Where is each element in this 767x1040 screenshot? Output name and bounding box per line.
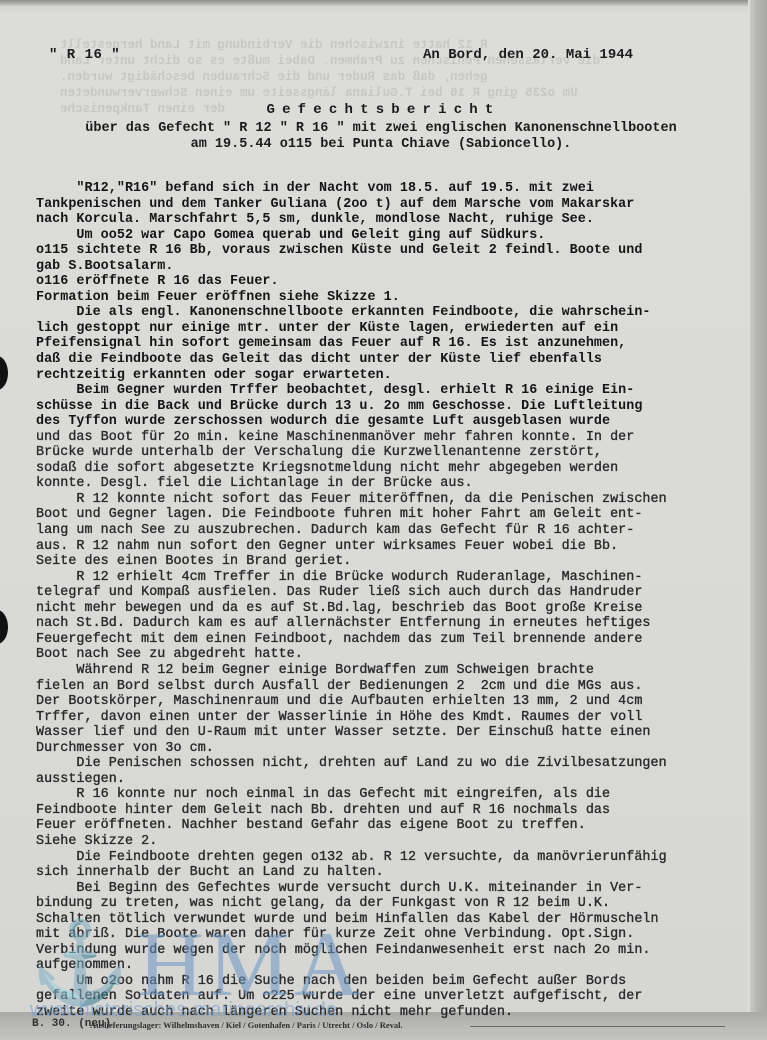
document-page: R 12 hatte inzwischen die Verbindung mit… bbox=[0, 0, 767, 1040]
document-title: Gefechtsbericht bbox=[0, 102, 767, 118]
report-line: Feindboote hinter dem Geleit nach Bb. dr… bbox=[36, 803, 756, 819]
report-line: sich innerhalb der Bucht an Land zu halt… bbox=[36, 865, 756, 881]
watermark-logo: ⚓HMA bbox=[30, 918, 364, 1010]
report-line: des Tyffon wurde zerschossen wodurch die… bbox=[36, 414, 756, 430]
report-line: Trffer, davon einen unter der Wasserlini… bbox=[36, 710, 756, 726]
report-line: Siehe Skizze 2. bbox=[36, 834, 756, 850]
report-line: konnte. Desgl. fiel die Lichtanlage in d… bbox=[36, 476, 756, 492]
report-line: telegraf und Kompaß ausfielen. Das Ruder… bbox=[36, 585, 756, 601]
report-line: R 12 konnte nicht sofort das Feuer miter… bbox=[36, 492, 756, 508]
report-line: Formation beim Feuer eröffnen siehe Skiz… bbox=[36, 290, 756, 306]
report-line: Boot und Gegner lagen. Die Feindboote fu… bbox=[36, 507, 756, 523]
report-line: aus. R 12 nahm nun sofort den Gegner unt… bbox=[36, 539, 756, 555]
place-and-date: An Bord, den 20. Mai 1944 bbox=[423, 47, 633, 63]
report-line: o115 sichtete R 16 Bb, voraus zwischen K… bbox=[36, 243, 756, 259]
report-line: fielen an Bord selbst durch Ausfall der … bbox=[36, 679, 756, 695]
anchor-icon: ⚓ bbox=[30, 918, 134, 1010]
punch-hole-icon bbox=[0, 610, 8, 644]
report-line: rechtzeitig erkannten oder sogar erwarte… bbox=[36, 368, 756, 384]
report-line: R 16 konnte nur noch einmal in das Gefec… bbox=[36, 787, 756, 803]
report-line: Brücke wurde unterhalb der Verschalung d… bbox=[36, 445, 756, 461]
document-subtitle: über das Gefecht " R 12 " R 16 " mit zwe… bbox=[36, 121, 726, 153]
punch-hole-icon bbox=[0, 356, 8, 390]
scan-top-edge bbox=[0, 0, 767, 6]
report-line: Beim Gegner wurden Trffer beobachtet, de… bbox=[36, 383, 756, 399]
report-line: daß die Feindboote das Geleit das dicht … bbox=[36, 352, 756, 368]
footer-depots: Auslieferungslager: Wilhelmshaven / Kiel… bbox=[90, 1020, 403, 1030]
report-line: und das Boot für 2o min. keine Maschinen… bbox=[36, 430, 756, 446]
report-line: Pfeifensignal hin sofort gemeinsam das F… bbox=[36, 336, 756, 352]
report-line: schüsse in die Back und Brücke durch 13 … bbox=[36, 399, 756, 415]
report-line: sodaß die sofort abgesetzte Kriegsnotmel… bbox=[36, 461, 756, 477]
report-line: Der Bootskörper, Maschinenraum und die A… bbox=[36, 694, 756, 710]
report-line: Feuer eröffneten. Nachher bestand Gefahr… bbox=[36, 818, 756, 834]
report-line: "R12,"R16" befand sich in der Nacht vom … bbox=[36, 181, 756, 197]
report-line: Um oo52 war Capo Gomea querab und Geleit… bbox=[36, 228, 756, 244]
report-line: Während R 12 beim Gegner einige Bordwaff… bbox=[36, 663, 756, 679]
report-body: "R12,"R16" befand sich in der Nacht vom … bbox=[36, 181, 756, 1021]
report-line: Die Feindboote drehten gegen o132 ab. R … bbox=[36, 850, 756, 866]
report-line: Feuergefecht mit dem einen Feindboot, na… bbox=[36, 632, 756, 648]
report-line: nach Korcula. Marschfahrt 5,5 sm, dunkle… bbox=[36, 212, 756, 228]
report-line: gab S.Bootsalarm. bbox=[36, 259, 756, 275]
report-line: o116 eröffnete R 16 das Feuer. bbox=[36, 274, 756, 290]
report-line: Boot nach See zu abgedreht hatte. bbox=[36, 647, 756, 663]
report-line: Bei Beginn des Gefechtes wurde versucht … bbox=[36, 881, 756, 897]
report-line: ausstiegen. bbox=[36, 772, 756, 788]
report-line: Die Penischen schossen nicht, drehten au… bbox=[36, 756, 756, 772]
report-line: Tankpenischen und dem Tanker Guliana (2o… bbox=[36, 197, 756, 213]
report-line: bindung zu treten, was nicht gelang, da … bbox=[36, 896, 756, 912]
report-line: Wasser lief und den U-Raum mit unter Was… bbox=[36, 725, 756, 741]
subtitle-line: über das Gefecht " R 12 " R 16 " mit zwe… bbox=[36, 121, 726, 137]
subtitle-line: am 19.5.44 o115 bei Punta Chiave (Sabion… bbox=[36, 137, 726, 153]
report-line: Durchmesser von 3o cm. bbox=[36, 741, 756, 757]
report-line: nicht mehr bewegen und da es auf St.Bd.l… bbox=[36, 601, 756, 617]
report-line: lich gestoppt nur einige mtr. unter der … bbox=[36, 321, 756, 337]
boat-designation: " R 16 " bbox=[49, 47, 120, 63]
report-line: lang um nach See zu auszubrechen. Dadurc… bbox=[36, 523, 756, 539]
report-line: nach St.Bd. Dadurch kam es auf allernäch… bbox=[36, 616, 756, 632]
report-line: R 12 erhielt 4cm Treffer in die Brücke w… bbox=[36, 570, 756, 586]
footer-rule bbox=[470, 1026, 725, 1027]
report-line: Die als engl. Kanonenschnellboote erkann… bbox=[36, 305, 756, 321]
report-line: Seite des einen Bootes in Brand geriet. bbox=[36, 554, 756, 570]
